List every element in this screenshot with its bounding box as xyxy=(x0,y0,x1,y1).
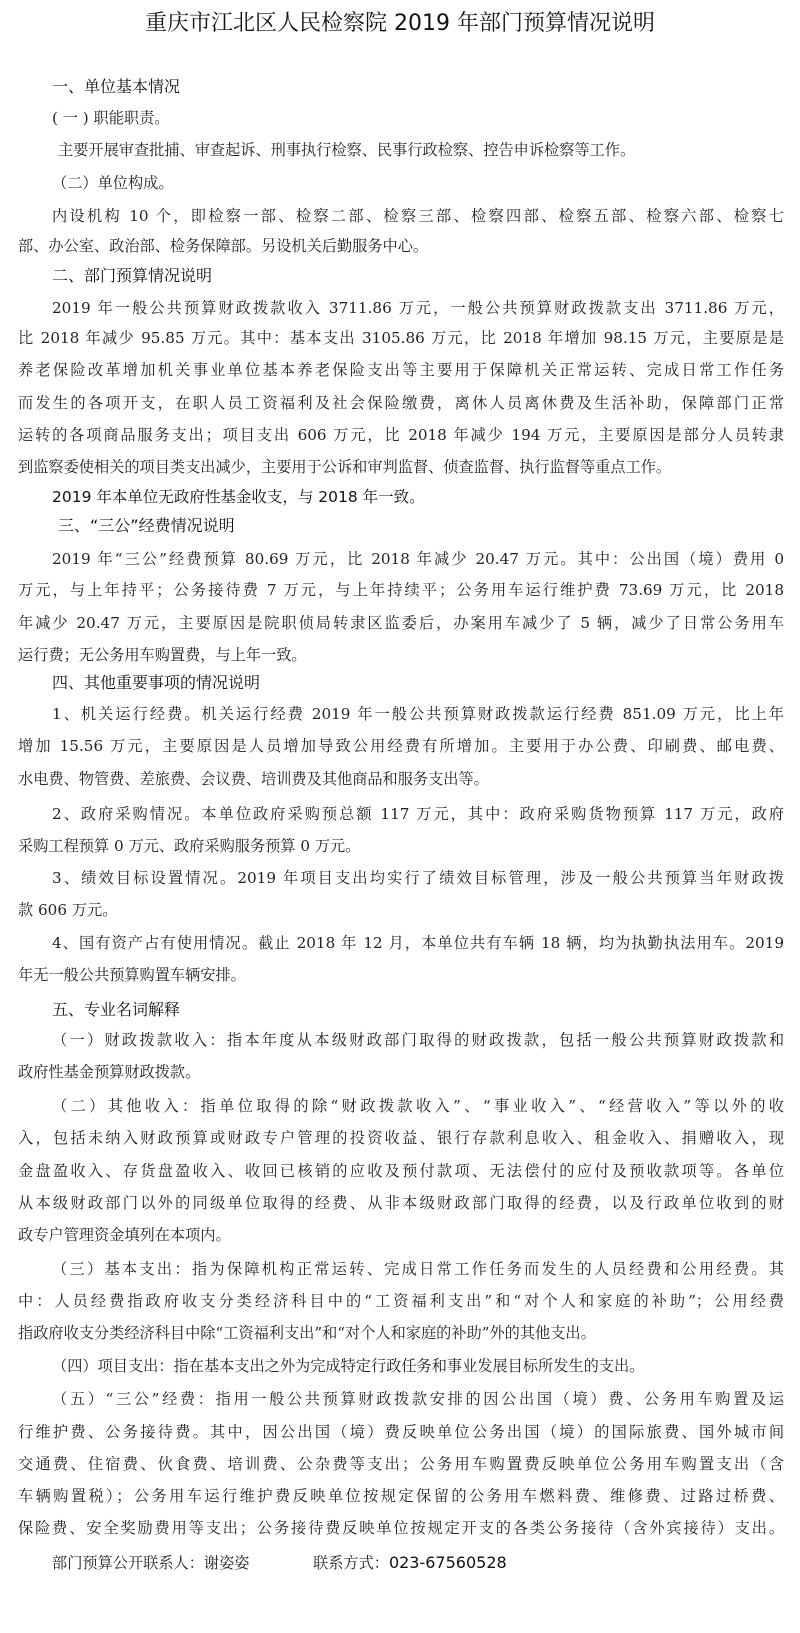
subheading-duties: ( 一 ) 职能职责。 xyxy=(52,108,169,128)
performance-line: 3、绩效目标设置情况。2019 年项目支出均实行了绩效目标管理，涉及一般公共预算… xyxy=(18,868,784,888)
operating-cost-line: 1、机关运行经费。机关运行经费 2019 年一般公共预算财政拨款运行经费 851… xyxy=(18,704,784,724)
definition-line: 入，包括未纳入财政预算或财政专户管理的投资收益、银行存款利息收入、租金收入、捐赠… xyxy=(18,1128,784,1148)
budget-line: 比 2018 年减少 95.85 万元。其中：基本支出 3105.86 万元，比… xyxy=(18,328,784,348)
definition-line: （四）项目支出：指在基本支出之外为完成特定行政任务和事业发展目标所发生的支出。 xyxy=(52,1356,644,1376)
operating-cost-line: 水电费、物管费、差旅费、会议费、培训费及其他商品和服务支出等。 xyxy=(18,769,784,789)
section-heading-1: 一、单位基本情况 xyxy=(52,77,180,97)
subheading-composition: （二）单位构成。 xyxy=(52,173,174,193)
budget-line: 运转的各项商品服务支出；项目支出 606 万元，比 2018 年减少 194 万… xyxy=(18,425,784,445)
contact-phone: 023-67560528 xyxy=(389,1553,507,1572)
assets-line: 年无一般公共预算购置车辆安排。 xyxy=(18,965,784,985)
contact-method: 联系方式：023-67560528 xyxy=(313,1553,507,1573)
three-public-line: 运行费；无公务用车购置费，与上年一致。 xyxy=(18,645,784,665)
page-title: 重庆市江北区人民检察院 2019 年部门预算情况说明 xyxy=(0,6,800,37)
contact-phone-label: 联系方式： xyxy=(313,1554,389,1572)
definition-line: 保险费、安全奖励费用等支出；公务接待费反映单位按规定开支的各类公务接待（含外宾接… xyxy=(18,1518,784,1538)
composition-line: 内设机构 10 个，即检察一部、检察二部、检察三部、检察四部、检察五部、检察六部… xyxy=(18,206,784,226)
definition-line: 交通费、住宿费、伙食费、培训费、公杂费等支出；公务用车购置费反映单位公务用车购置… xyxy=(18,1454,784,1474)
definition-line: （二）其他收入：指单位取得的除“财政拨款收入”、“事业收入”、“经营收入”等以外… xyxy=(18,1096,784,1116)
three-public-line: 2019 年“三公”经费预算 80.69 万元，比 2018 年减少 20.47… xyxy=(18,549,784,569)
definition-line: 中：人员经费指政府收支分类经济科目中的“工资福利支出”和“对个人和家庭的补助”；… xyxy=(18,1291,784,1311)
performance-line: 款 606 万元。 xyxy=(18,900,784,920)
operating-cost-line: 增加 15.56 万元，主要原因是人员增加导致公用经费有所增加。主要用于办公费、… xyxy=(18,736,784,756)
definition-line: 指政府收支分类经济科目中除“工资福利支出”和“对个人和家庭的补助”外的其他支出。 xyxy=(18,1323,784,1343)
composition-line: 部、办公室、政治部、检务保障部。另设机关后勤服务中心。 xyxy=(18,236,784,256)
budget-line: 2019 年一般公共预算财政拨款收入 3711.86 万元，一般公共预算财政拨款… xyxy=(18,298,784,318)
assets-line: 4、国有资产占有使用情况。截止 2018 年 12 月，本单位共有车辆 18 辆… xyxy=(18,933,784,953)
section-heading-3: 三、“三公”经费情况说明 xyxy=(58,516,235,536)
definition-line: 行维护费、公务接待费。其中，因公出国（境）费反映单位公务出国（境）的国际旅费、国… xyxy=(18,1422,784,1442)
procurement-line: 2、政府采购情况。本单位政府采购预总额 117 万元，其中：政府采购货物预算 1… xyxy=(18,804,784,824)
three-public-line: 年减少 20.47 万元，主要原因是院职侦局转隶区监委后，办案用车减少了 5 辆… xyxy=(18,613,784,633)
section-heading-2: 二、部门预算情况说明 xyxy=(52,266,212,286)
section-heading-4: 四、其他重要事项的情况说明 xyxy=(52,673,260,693)
section-heading-5: 五、专业名词解释 xyxy=(52,1000,180,1020)
definition-line: 政专户管理资金填列在本项内。 xyxy=(18,1225,784,1245)
definition-line: 车辆购置税）；公务用车运行维护费反映单位按规定保留的公务用车燃料费、维修费、过路… xyxy=(18,1486,784,1506)
duties-text: 主要开展审查批捕、审查起诉、刑事执行检察、民事行政检察、控告申诉检察等工作。 xyxy=(58,140,635,160)
definition-line: （三）基本支出：指为保障机构正常运转、完成日常工作任务而发生的人员经费和公用经费… xyxy=(18,1259,784,1279)
budget-line: 到监察委使相关的项目类支出减少，主要用于公诉和审判监督、侦查监督、执行监督等重点… xyxy=(18,457,784,477)
budget-line: 养老保险改革增加机关事业单位基本养老保险支出等主要用于保障机关正常运转、完成日常… xyxy=(18,360,784,380)
procurement-line: 采购工程预算 0 万元、政府采购服务预算 0 万元。 xyxy=(18,836,784,856)
contact-person: 部门预算公开联系人：谢姿姿 xyxy=(52,1553,249,1573)
definition-line: （五）“三公”经费：指用一般公共预算财政拨款安排的因公出国（境）费、公务用车购置… xyxy=(18,1389,784,1409)
definition-line: 政府性基金预算财政拨款。 xyxy=(18,1062,784,1082)
budget-line: 而发生的各项开支，在职人员工资福利及社会保险缴费，离休人员离休费及生活补助，保障… xyxy=(18,393,784,413)
gov-fund-note: 2019 年本单位无政府性基金收支，与 2018 年一致。 xyxy=(52,487,425,507)
definition-line: 从本级财政部门以外的同级单位取得的经费、从非本级财政部门取得的经费，以及行政单位… xyxy=(18,1193,784,1213)
definition-line: 金盘盈收入、存货盘盈收入、收回已核销的应收及预付款项、无法偿付的应付及预收款项等… xyxy=(18,1161,784,1181)
three-public-line: 万元，与上年持平；公务接待费 7 万元，与上年持续平；公务用车运行维护费 73.… xyxy=(18,580,784,600)
definition-line: （一）财政拨款收入：指本年度从本级财政部门取得的财政拨款，包括一般公共预算财政拨… xyxy=(18,1030,784,1050)
